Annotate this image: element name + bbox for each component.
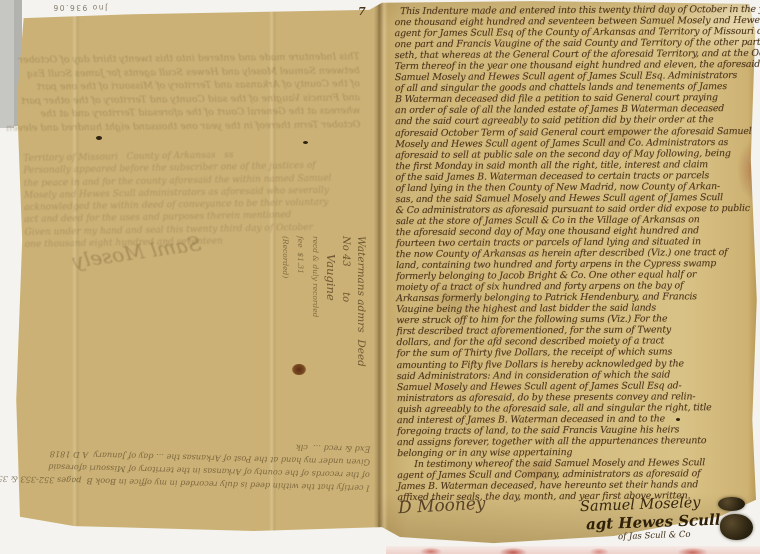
deed-line: quish agreeably to the aforesaid sale, a… [397,402,759,415]
stain-blot [292,364,306,375]
scull-signature-company-line: of Jas Scull & Co [618,530,691,543]
docket-line: (Recorded) [278,236,293,381]
docket-endorsement: Watermans admrs DeedNo 43 toVauginerecd … [278,236,368,381]
recording-certificate-inverted: I certify that the within deed is duly r… [17,433,370,494]
docket-line: No 43 to [338,236,353,381]
backdrop-gray-band [0,0,14,128]
wax-seal [718,497,745,511]
ink-blot [676,418,680,421]
docket-line: recd & duly recorded [308,236,323,381]
scanned-deed-photograph: This Indenture made and entered into thi… [0,0,760,554]
ink-blot [303,141,308,144]
deed-line: and assigns forever, together with all t… [397,435,759,448]
pencil-archive-note: Jno 936.06 [52,3,107,12]
bleedthrough-text-top: This Indenture made and entered into thi… [30,50,361,134]
deed-body-text: This Indenture made and entered into thi… [394,4,759,503]
adjacent-photo-sliver [386,546,760,554]
docket-line: fee $1.31 [293,236,308,381]
pen-check-mark: 7 [358,5,366,18]
docket-line: Vaugine [323,236,338,381]
ink-blot [96,136,102,140]
docket-line: Watermans admrs Deed [353,236,368,381]
center-fold [374,0,388,548]
scull-signature: agt Hewes Scull [586,511,721,534]
wax-seal [720,514,753,540]
